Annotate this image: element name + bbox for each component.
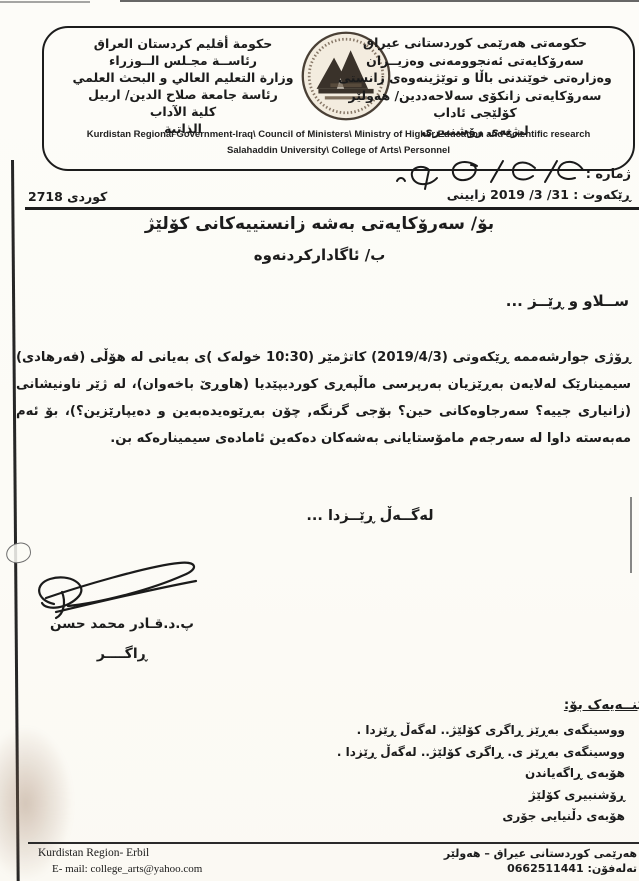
letter-body: ڕۆژی جوارشەممە ڕێکەوتی (2019/4/3) کاتژمێ… — [16, 344, 631, 452]
greeting: ســلاو و ڕێــز ... — [506, 292, 629, 310]
letterhead-kurdish: حکومەتی هەرێمی کوردستانی عیراق سەرۆکایەت… — [329, 34, 621, 139]
signature-scribble — [26, 558, 211, 622]
footer-region-kurdish: هەرێمی کوردستانی عیراق – هەولێر — [444, 846, 637, 861]
footer-kurdish: هەرێمی کوردستانی عیراق – هەولێر تەلەفۆن:… — [444, 846, 637, 876]
signer-name: پ.د.قـادر محمد حسن — [22, 616, 222, 632]
letterhead-box: حكومة أقليم كردستان العراق رئاســة مجـلس… — [42, 26, 635, 171]
letterhead-arabic-line: وزارة التعليم العالي و البحث العلمي — [62, 69, 304, 86]
copy-item: هۆبەی ڕاگەیاندن — [337, 763, 625, 785]
reference-kurdish-date: 2718 کوردی — [28, 189, 107, 204]
letterhead-kurdish-line: سەرۆکایەتی زانکۆی سەلاحەددین/ هەولێر — [329, 87, 621, 105]
copy-item: ڕۆشنبیری کۆلێژ — [337, 785, 625, 807]
reference-date: ڕێکەوت : 31/ 3/ 2019 زایینی — [447, 187, 631, 202]
footer-phone: تەلەفۆن: 0662511441 — [444, 861, 637, 876]
footer-email: E- mail: college_arts@yahoo.com — [52, 863, 202, 875]
letterhead-kurdish-line: سەرۆکایەتی ئەنجوومەنی وەزیــران — [329, 52, 621, 70]
copy-item: ووسینگەی بەڕێز ی. ڕاگری کۆلێژ.. لەگەڵ ڕێ… — [337, 742, 625, 764]
letterhead-english-line1: Kurdistan Regional Government-Iraq\ Coun… — [44, 129, 633, 140]
letterhead-arabic-line: رئاسة جامعة صلاح الدين/ اربيل — [62, 86, 304, 103]
scanned-official-letter: حكومة أقليم كردستان العراق رئاســة مجـلس… — [0, 0, 639, 881]
reference-number-label: ژمارە : — [586, 167, 631, 182]
closing-salutation: لەگــەڵ ڕێــزدا ... — [240, 508, 500, 524]
letterhead-arabic-line: رئاســة مجـلس الــوزراء — [62, 52, 304, 69]
scan-right-margin-mark — [630, 497, 632, 573]
scan-top-edge-left — [0, 1, 90, 3]
scan-top-edge — [120, 0, 639, 2]
copies-heading: وێنــەیەک بۆ: — [564, 697, 639, 713]
letterhead-arabic-line: كلية الآداب — [62, 103, 304, 120]
header-divider — [25, 207, 639, 210]
signer-title: ڕاگــــر — [22, 646, 222, 662]
footer-divider — [28, 842, 639, 844]
copy-distribution-list: وێنــەیەک بۆ: ووسینگەی بەڕێز ڕاگری کۆلێژ… — [337, 694, 625, 828]
letterhead-kurdish-line: وەزارەتی خوێندنی باڵا و توێژینەوەی زانست… — [329, 69, 621, 87]
letterhead-arabic-line: حكومة أقليم كردستان العراق — [62, 35, 304, 52]
letterhead-kurdish-line: حکومەتی هەرێمی کوردستانی عیراق — [329, 34, 621, 52]
footer-region: Kurdistan Region- Erbil — [38, 847, 202, 859]
copy-item: هۆبەی دڵنیایی جۆری — [337, 806, 625, 828]
letterhead-kurdish-line: کۆلێجی ئاداب — [329, 104, 621, 122]
addressee-to-line: بۆ/ سەرۆکایەتی بەشە زانستییەکانی کۆلێژ — [0, 214, 639, 234]
copy-item: ووسینگەی بەڕێز ڕاگری کۆلێژ.. لەگەڵ ڕێزدا… — [337, 720, 625, 742]
subject-line: ب/ ئاگادارکردنەوە — [0, 246, 639, 264]
letterhead-english-line2: Salahaddin University\ College of Arts\ … — [44, 145, 633, 156]
footer-english: Kurdistan Region- Erbil E- mail: college… — [38, 847, 202, 875]
letterhead-arabic: حكومة أقليم كردستان العراق رئاســة مجـلس… — [62, 35, 304, 137]
